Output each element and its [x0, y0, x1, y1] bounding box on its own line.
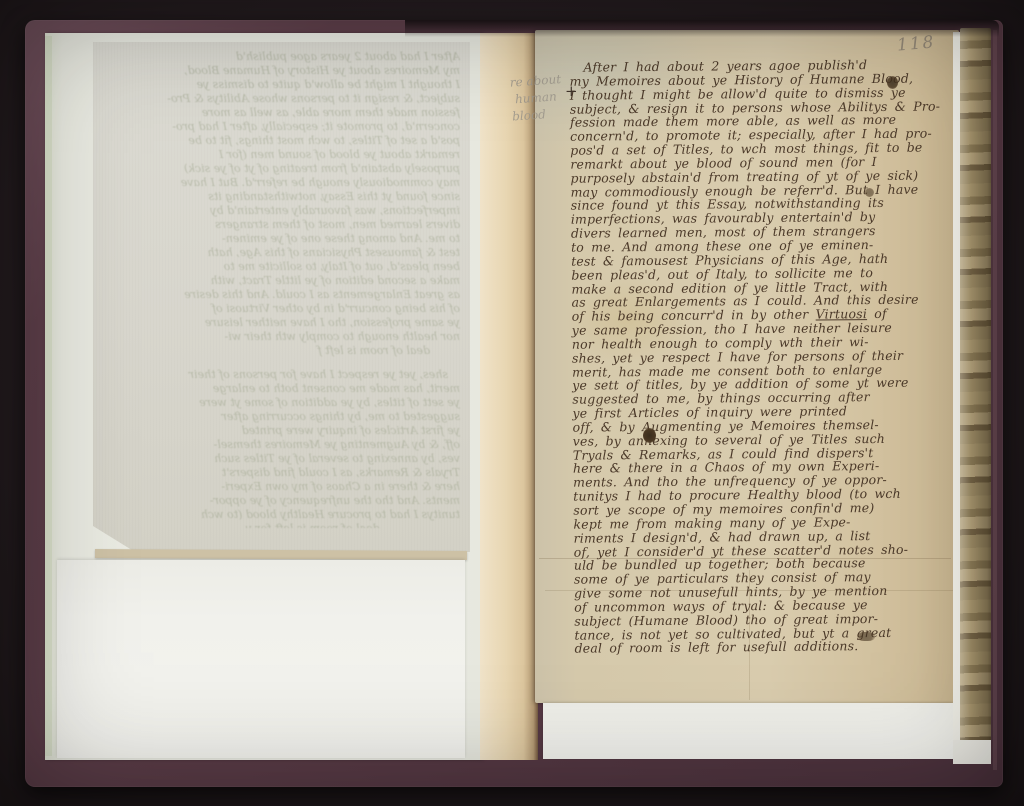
- ink-smudge: [857, 632, 875, 641]
- bleedthrough-line: as great Enlargements as I could. And th…: [105, 288, 460, 302]
- manuscript-line: shes, yet ye respect I have for persons …: [572, 347, 957, 364]
- photograph-background: After I had about 2 years agoe publish'd…: [0, 0, 1024, 806]
- bleedthrough-line: remarkt about ye blood of sound men (for…: [105, 148, 460, 162]
- fore-edge-white-sliver: [953, 32, 960, 748]
- fore-edge-page-stack: [953, 28, 1005, 776]
- ink-blot: [887, 76, 898, 89]
- manuscript-text: After I had about 2 years agoe publish'd…: [569, 56, 959, 655]
- bleedthrough-line: fession made them more able, as well as …: [105, 106, 460, 120]
- bleedthrough-line: purposely abstain'd from treating of yt …: [105, 162, 460, 176]
- fore-edge-bottom-pages: [953, 740, 991, 764]
- left-manuscript-leaf: After I had about 2 years agoe publish'd…: [93, 42, 470, 552]
- bleedthrough-writing: After I had about 2 years agoe publish'd…: [105, 50, 460, 528]
- bleedthrough-line: ments. And tho the unfrequency of ye opp…: [105, 494, 460, 508]
- bleedthrough-line: Tryals & Remarks, as I could find disper…: [105, 466, 460, 480]
- white-backing-sheet-right: [543, 703, 953, 759]
- horizontal-crease: [545, 590, 955, 591]
- cover-edge-highlight: [993, 30, 997, 770]
- bleedthrough-line: may commodiously enough be referr'd. But…: [105, 176, 460, 190]
- bleedthrough-line: test & famousest Physicians of this Age,…: [105, 246, 460, 260]
- fore-edge-mottled-leaves: [960, 28, 991, 752]
- bleedthrough-line: suggested to me, by things occurring aft…: [105, 410, 460, 424]
- right-manuscript-leaf: 118 After I had about 2 years agoe publi…: [535, 30, 959, 703]
- bleedthrough-line: divers learned men, most of them strange…: [105, 218, 460, 232]
- bleedthrough-line: my Memoires about ye History of Humane B…: [105, 64, 460, 78]
- green-tinted-sheet-edge: [45, 36, 52, 756]
- bleedthrough-line: of his being concurr'd in by other Virtu…: [105, 302, 460, 316]
- bleedthrough-line: nor health enough to comply wth their wi…: [105, 330, 460, 344]
- open-book-cover: After I had about 2 years agoe publish'd…: [25, 20, 1003, 787]
- bleedthrough-line: make a second edition of ye little Tract…: [105, 274, 460, 288]
- bleedthrough-line: ye same profession, tho I have neither l…: [105, 316, 460, 330]
- ink-blot: [865, 188, 874, 197]
- bleedthrough-line: ves, by annexing to several of ye Titles…: [105, 452, 460, 466]
- plus-mark: +: [565, 82, 578, 100]
- bleedthrough-line: deal of room is left f: [105, 344, 430, 358]
- bleedthrough-line: concern'd, to promote it; especially, af…: [105, 120, 460, 134]
- bleedthrough-line: shes, yet ye respect I have for persons …: [105, 368, 448, 382]
- bleedthrough-line: here & there in a Chaos of my own Experi…: [105, 480, 460, 494]
- bleedthrough-line: since found yt this Essay, notwithstandi…: [105, 190, 460, 204]
- bleedthrough-line: tunitys I had to procure Healthy blood (…: [105, 508, 460, 522]
- horizontal-crease: [539, 558, 951, 559]
- white-backing-sheet-left: [57, 560, 465, 758]
- vertical-crease: [749, 570, 750, 700]
- bleedthrough-line: to me. And among these one of ye eminen-: [105, 232, 460, 246]
- bleedthrough-line: subject, & resign it to persons whose Ab…: [105, 92, 460, 106]
- bleedthrough-line: I thought I might be allow'd quite to di…: [105, 78, 460, 92]
- bleedthrough-line: ye sett of titles, by ye addition of som…: [105, 396, 460, 410]
- bleedthrough-line: After I had about 2 years agoe publish'd: [105, 50, 460, 64]
- bleedthrough-line: deal of room is left for u: [105, 522, 380, 528]
- manuscript-line: deal of room is left for usefull additio…: [574, 638, 959, 655]
- bleedthrough-paragraph-gap: [105, 358, 460, 368]
- bleedthrough-line: imperfections, was favourably entertain'…: [105, 204, 460, 218]
- bleedthrough-line: been pleas'd, out of Italy, to sollicite…: [105, 260, 460, 274]
- bleedthrough-line: pos'd a set of Titles, to wch most thing…: [105, 134, 460, 148]
- bleedthrough-line: ye first Articles of inquiry were printe…: [105, 424, 460, 438]
- binding-gutter-guard: [480, 33, 538, 760]
- bleedthrough-line: merit, has made me consent both to enlar…: [105, 382, 460, 396]
- bleedthrough-line: off, & by Augmenting ye Memoires themsel…: [105, 438, 460, 452]
- top-edge-shadow: [405, 20, 999, 37]
- ink-blot: [643, 428, 656, 443]
